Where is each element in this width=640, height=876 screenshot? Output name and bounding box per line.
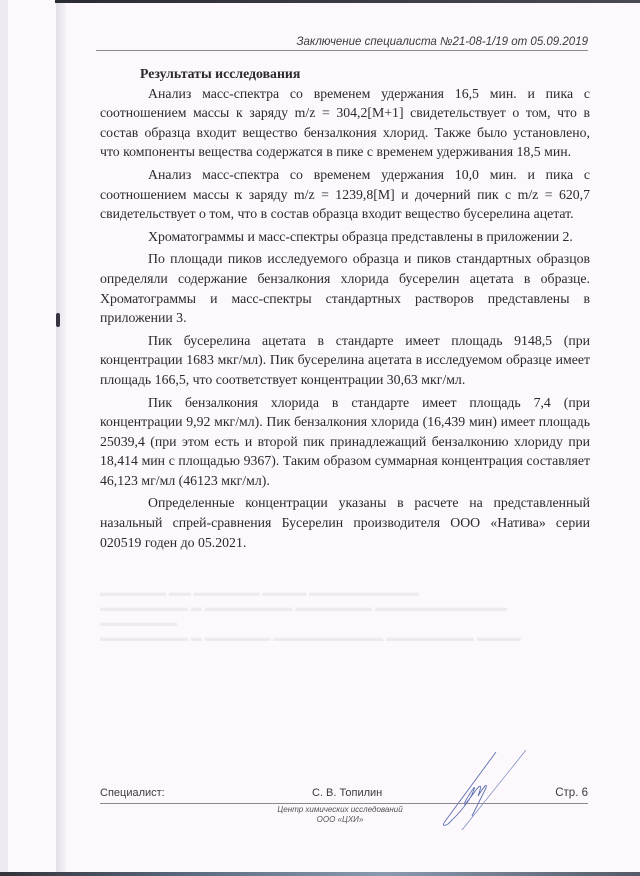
bleed-through-text: ▬▬▬▬▬▬ ▬▬ ▬▬▬▬▬▬ ▬▬▬▬ ▬▬▬▬▬▬▬▬▬▬ ▬▬▬▬▬▬▬… (100, 586, 560, 646)
scan-top-edge (55, 0, 640, 3)
document-footer: Специалист: С. В. Топилин Стр. 6 (100, 787, 588, 804)
document-header: Заключение специалиста №21-08-1/19 от 05… (96, 36, 588, 51)
document-body: Результаты исследования Анализ масс-спек… (100, 64, 590, 555)
binding-shadow (56, 0, 66, 876)
paragraph-buserelin-concentration: Пик бусерелина ацетата в стандарте имеет… (100, 331, 590, 390)
organization-stamp-text: Центр химических исследований ООО «ЦХИ» (250, 805, 430, 825)
section-title: Результаты исследования (100, 64, 590, 84)
scanned-document-page: Заключение специалиста №21-08-1/19 от 05… (0, 0, 640, 876)
specialist-label: Специалист: (100, 787, 165, 799)
scan-bottom-edge (0, 872, 640, 876)
organization-name: Центр химических исследований (250, 805, 430, 815)
organization-short: ООО «ЦХИ» (250, 815, 430, 825)
binding-mark (56, 313, 60, 327)
paragraph-buserelin-analysis: Анализ масс-спектра со временем удержани… (100, 165, 590, 224)
paragraph-peak-area-method: По площади пиков исследуемого образца и … (100, 249, 590, 327)
paragraph-benzalkonium-analysis: Анализ масс-спектра со временем удержани… (100, 84, 590, 162)
specialist-name: С. В. Топилин (312, 787, 382, 799)
adjacent-page-edge (0, 0, 8, 876)
paragraph-appendix-2: Хроматограммы и масс-спектры образца пре… (100, 227, 590, 247)
paragraph-conclusion: Определенные концентрации указаны в расч… (100, 493, 590, 552)
paragraph-benzalkonium-concentration: Пик бензалкония хлорида в стандарте имее… (100, 393, 590, 491)
page-number: Стр. 6 (555, 787, 588, 799)
